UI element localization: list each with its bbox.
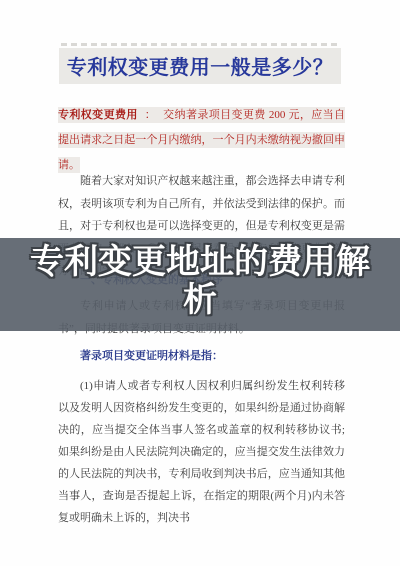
document-page: 专利权变更费用一般是多少？ 专利权变更费用：交纳著录项目变更费 200 元，应当… [0, 0, 400, 566]
fee-notice-label: 专利权变更费用 [58, 109, 138, 121]
fee-notice-paragraph: 专利权变更费用：交纳著录项目变更费 200 元，应当自提出请求之日起一个月内缴纳… [58, 103, 345, 178]
fee-notice-highlight: 专利权变更费用：交纳著录项目变更费 200 元，应当自提出请求之日起一个月内缴纳… [58, 107, 345, 173]
article-title: 专利权变更费用一般是多少？ [0, 48, 400, 84]
materials-heading: 著录项目变更证明材料是指： [58, 347, 345, 363]
fee-notice-separator: ： [145, 109, 156, 121]
article-title-text: 专利权变更费用一般是多少？ [59, 48, 342, 84]
watermark-overlay: 专利变更地址的费用解析 [0, 238, 400, 331]
watermark-title: 专利变更地址的费用解析 [19, 243, 381, 319]
materials-item1-paragraph: (1)申请人或者专利权人因权利归属纠纷发生权利转移以及发明人因资格纠纷发生变更的… [58, 375, 345, 529]
